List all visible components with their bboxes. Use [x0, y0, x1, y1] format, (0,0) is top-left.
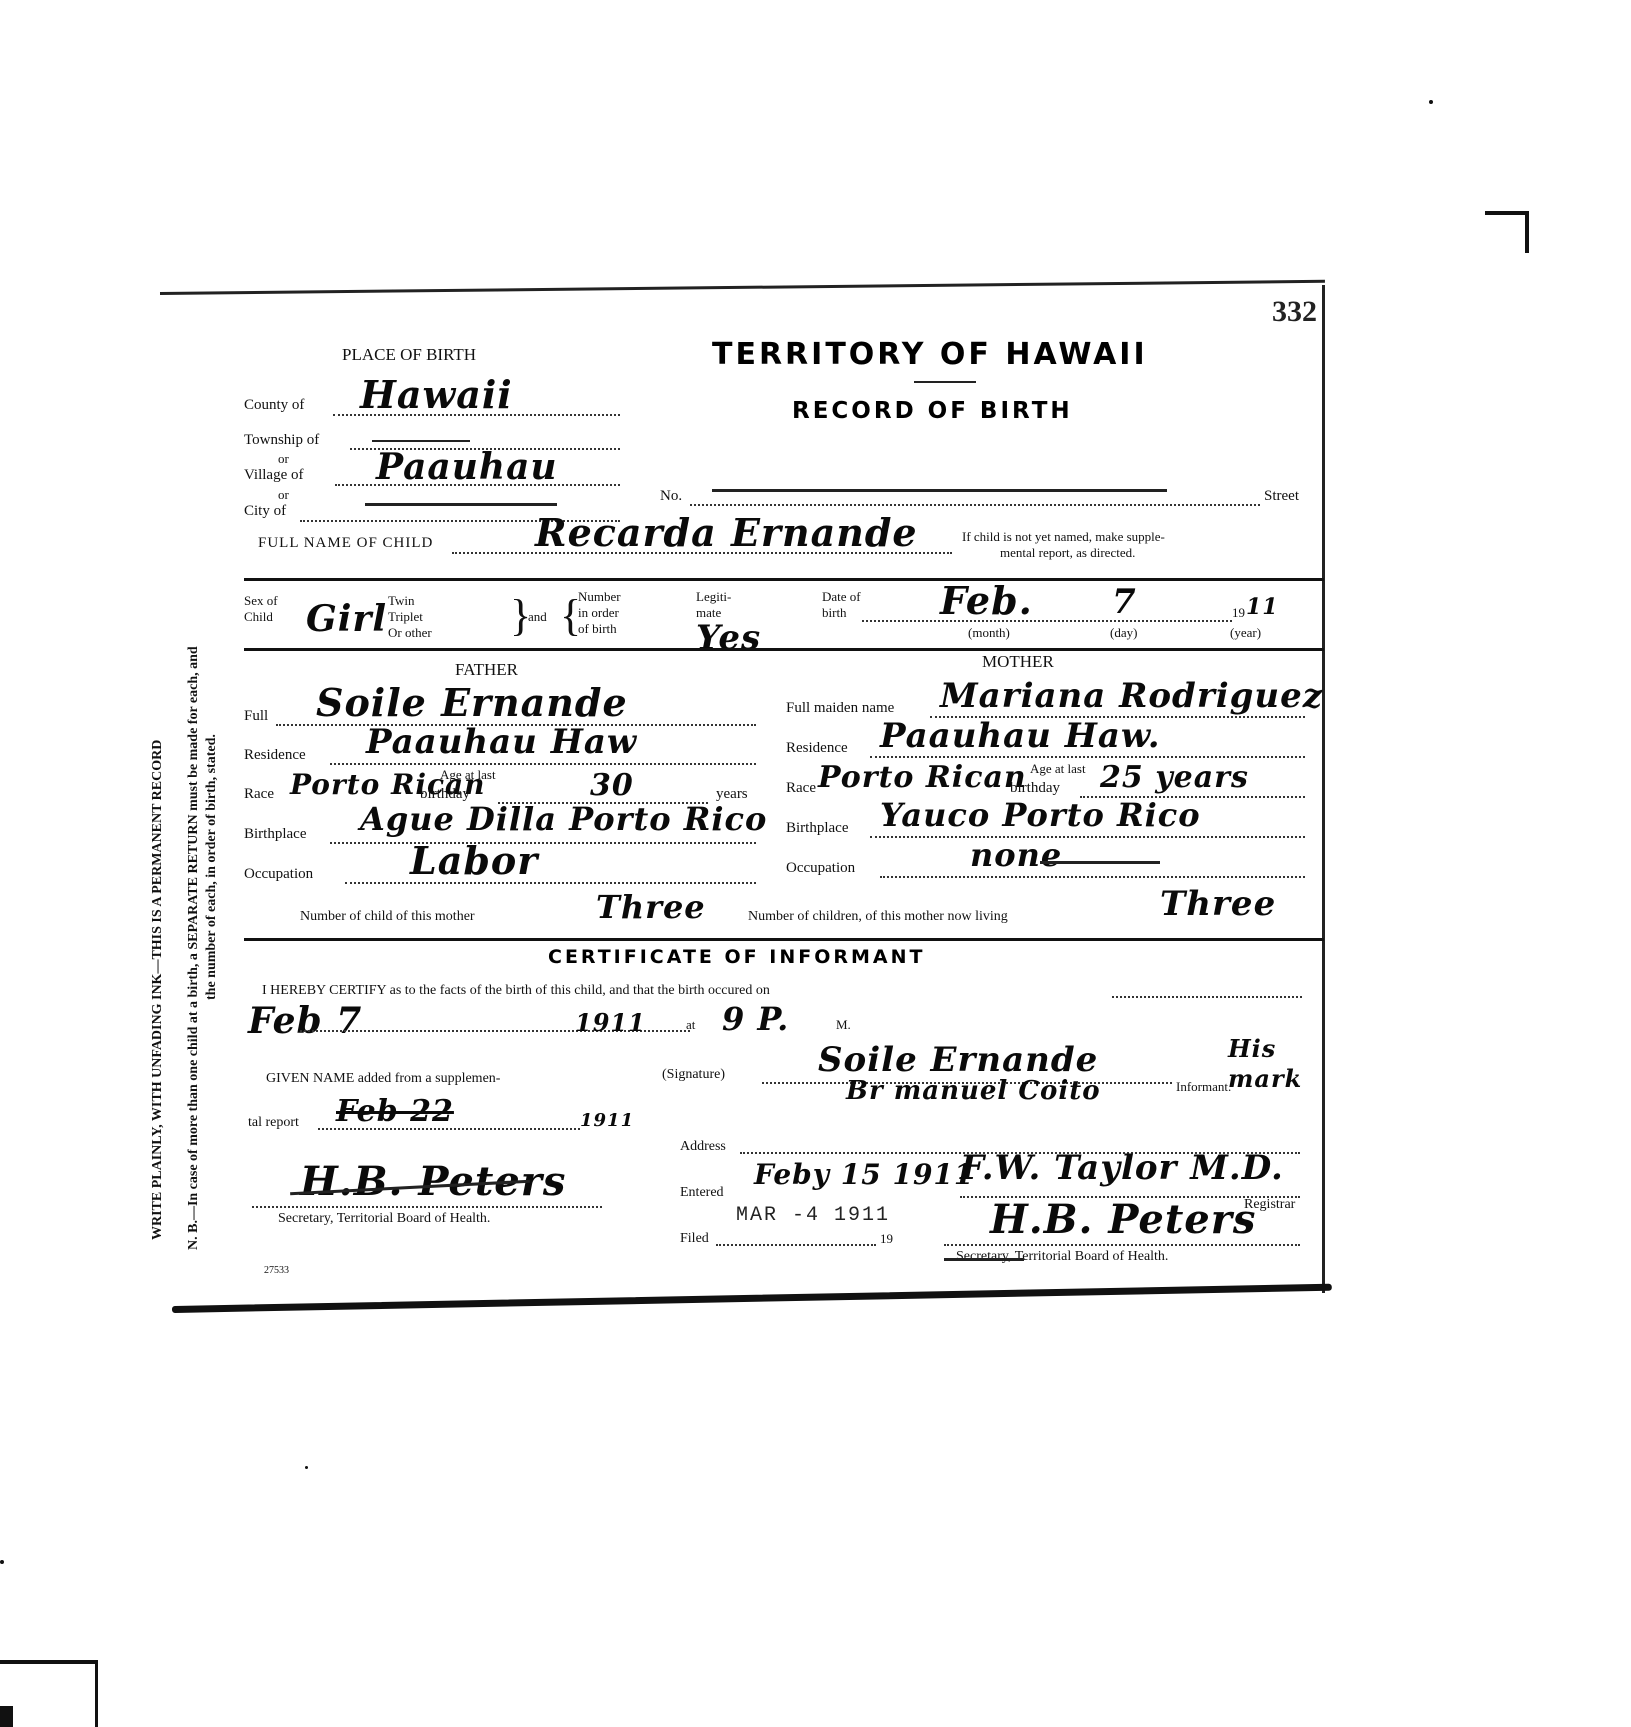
village-label: Village of — [244, 467, 304, 484]
street-strike — [712, 489, 1167, 492]
am-pm-label: M. — [836, 1018, 851, 1032]
dob-year-prefix: 19 — [1232, 606, 1245, 620]
mother-occupation-line — [880, 876, 1305, 878]
father-birthplace-value: Ague Dilla Porto Rico — [360, 800, 767, 838]
mother-birthplace-line — [870, 836, 1305, 838]
mother-age-label: Age at last — [1030, 762, 1086, 776]
father-residence-label: Residence — [244, 747, 306, 764]
secretary-label-right: Secretary, Territorial Board of Health. — [956, 1250, 1168, 1264]
father-occupation-value: Labor — [410, 838, 538, 883]
scan-speck — [305, 1466, 308, 1469]
supplemental-date: Feb 22 — [336, 1094, 454, 1129]
child-name-value: Recarda Ernande — [535, 510, 918, 555]
scan-artifact — [0, 1706, 13, 1727]
side-note-separate-return: N. B.—In case of more than one child at … — [186, 646, 202, 1250]
birth-date-value: Feb 7 — [248, 1000, 362, 1042]
city-label: City of — [244, 503, 286, 520]
at-label: at — [686, 1018, 695, 1032]
mother-heading: MOTHER — [982, 652, 1054, 672]
mother-age-label-2: birthday — [1010, 780, 1060, 797]
mother-birthplace-value: Yauco Porto Rico — [880, 796, 1201, 834]
father-full-value: Soile Ernande — [316, 680, 628, 725]
crop-mark-top-right — [1485, 211, 1529, 253]
father-occupation-line — [345, 882, 756, 884]
filed-line — [716, 1244, 876, 1246]
or-label: or — [278, 488, 289, 502]
sex-value: Girl — [306, 598, 387, 640]
child-number-value: Three — [596, 888, 706, 926]
birth-year-value: 1911 — [575, 1008, 646, 1037]
crop-mark-bottom-left — [0, 1660, 98, 1727]
father-age-label: Age at last — [440, 768, 496, 782]
order-label-2: in order — [578, 606, 619, 620]
street-number-label: No. — [660, 488, 682, 505]
mother-full-label: Full maiden name — [786, 700, 894, 717]
or-label: or — [278, 452, 289, 466]
legitimate-value: Yes — [696, 618, 761, 658]
address-label: Address — [680, 1140, 726, 1154]
father-occupation-label: Occupation — [244, 866, 313, 883]
county-value: Hawaii — [360, 372, 513, 417]
order-label-3: of birth — [578, 622, 617, 636]
father-heading: FATHER — [455, 660, 518, 680]
section-divider — [244, 578, 1324, 581]
signature-label: (Signature) — [662, 1068, 725, 1082]
entered-label: Entered — [680, 1186, 724, 1200]
document-title: TERRITORY OF HAWAII — [712, 337, 1148, 372]
filed-year-prefix: 19 — [880, 1232, 893, 1246]
side-note-order: the number of each, in order of birth, s… — [204, 734, 220, 1000]
dob-label: Date of — [822, 590, 861, 604]
side-note-ink: WRITE PLAINLY, WITH UNFADING INK—THIS IS… — [150, 740, 166, 1240]
occupation-flourish — [1040, 861, 1160, 864]
and-label: and — [528, 610, 547, 624]
child-name-label: FULL NAME OF CHILD — [258, 535, 433, 552]
given-name-label-2: tal report — [248, 1116, 299, 1130]
mother-age-value: 25 years — [1100, 760, 1249, 795]
his-mark: His mark — [1228, 1034, 1298, 1094]
received-stamp: MAR -4 1911 — [736, 1204, 890, 1227]
day-caption: (day) — [1110, 626, 1137, 640]
witness-signature: Br manuel Coito — [846, 1076, 1101, 1106]
title-divider — [914, 381, 976, 383]
secretary-signature-right: H.B. Peters — [990, 1196, 1256, 1243]
section-divider — [244, 648, 1324, 651]
father-birthplace-line — [330, 842, 756, 844]
dob-day: 7 — [1112, 582, 1137, 622]
name-note: If child is not yet named, make supple- — [962, 530, 1165, 544]
certify-line — [1112, 996, 1302, 998]
children-living-label: Number of children, of this mother now l… — [748, 910, 1008, 924]
triplet-option: Triplet — [388, 610, 423, 624]
supplemental-year: 1911 — [580, 1110, 634, 1131]
scan-speck — [1429, 100, 1433, 104]
mother-occupation-value: none — [970, 836, 1062, 874]
page-number: 332 — [1272, 295, 1317, 329]
legitimate-label: Legiti- — [696, 590, 731, 604]
name-note-2: mental report, as directed. — [1000, 546, 1135, 560]
mother-residence-value: Paauhau Haw. — [880, 716, 1161, 756]
father-residence-line — [330, 763, 756, 765]
scan-speck — [0, 1560, 4, 1564]
twin-option: Twin — [388, 594, 415, 608]
dob-month: Feb. — [940, 578, 1033, 623]
document-subtitle: RECORD OF BIRTH — [792, 398, 1073, 424]
mother-occupation-label: Occupation — [786, 860, 855, 877]
father-residence-value: Paauhau Haw — [366, 722, 637, 762]
place-of-birth-heading: PLACE OF BIRTH — [342, 345, 476, 365]
mother-race-value: Porto Rican — [818, 760, 1027, 795]
city-strike — [365, 503, 557, 506]
father-age-value: 30 — [590, 768, 634, 803]
informant-heading: CERTIFICATE OF INFORMANT — [548, 946, 925, 968]
section-divider — [244, 938, 1324, 941]
child-number-label: Number of child of this mother — [300, 910, 475, 924]
dob-year: 11 — [1246, 594, 1279, 620]
certify-text: I HEREBY CERTIFY as to the facts of the … — [262, 984, 770, 998]
father-birthplace-label: Birthplace — [244, 826, 306, 843]
mother-residence-label: Residence — [786, 740, 848, 757]
sex-label-2: Child — [244, 610, 273, 624]
form-number: 27533 — [264, 1264, 289, 1278]
other-option: Or other — [388, 626, 432, 640]
birth-time-value: 9 P. — [722, 1000, 789, 1038]
street-label: Street — [1264, 488, 1299, 505]
township-strike — [372, 440, 470, 442]
informant-label: Informant. — [1176, 1080, 1231, 1094]
card-right-edge — [1322, 285, 1325, 1293]
dob-line — [862, 620, 1232, 622]
informant-signature: Soile Ernande — [818, 1040, 1098, 1080]
filed-label: Filed — [680, 1232, 709, 1246]
entered-value: Feby 15 1911 — [754, 1158, 974, 1191]
secretary-line-left — [252, 1206, 602, 1208]
father-full-label: Full — [244, 708, 268, 725]
order-label: Number — [578, 590, 621, 604]
month-caption: (month) — [968, 626, 1010, 640]
mother-full-value: Mariana Rodriguez — [940, 676, 1323, 716]
township-label: Township of — [244, 432, 319, 449]
sex-label: Sex of — [244, 594, 278, 608]
county-label: County of — [244, 397, 304, 414]
mother-residence-line — [870, 756, 1305, 758]
given-name-label: GIVEN NAME added from a supplemen- — [266, 1072, 500, 1086]
card-top-edge — [160, 280, 1325, 295]
street-line — [690, 504, 1260, 506]
year-caption: (year) — [1230, 626, 1261, 640]
village-value: Paauhau — [376, 446, 558, 488]
card-bottom-edge — [172, 1284, 1332, 1313]
secretary-label-left: Secretary, Territorial Board of Health. — [278, 1212, 490, 1226]
father-race-label: Race — [244, 786, 274, 803]
registrar-signature: F.W. Taylor M.D. — [960, 1148, 1284, 1188]
dob-label-2: birth — [822, 606, 847, 620]
children-living-value: Three — [1160, 884, 1276, 924]
secretary-line-right — [944, 1244, 1300, 1246]
mother-birthplace-label: Birthplace — [786, 820, 848, 837]
signature-flourish — [944, 1258, 1024, 1261]
mother-race-label: Race — [786, 780, 816, 797]
